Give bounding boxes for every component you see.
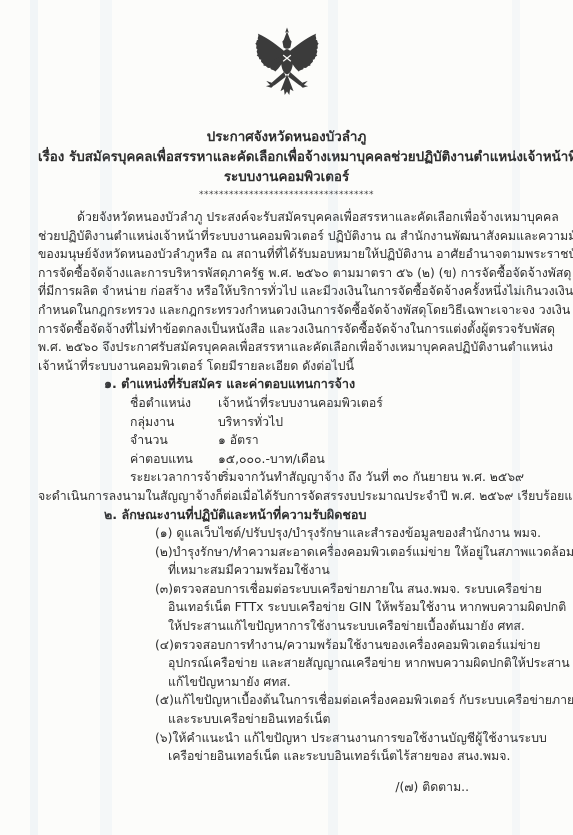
intro-line: พ.ศ. ๒๕๖๐ จึงประกาศรับสมัครบุคคลเพื่อสรร… — [38, 338, 535, 357]
field-row: กลุ่มงานบริหารทั่วไป — [38, 413, 535, 432]
field-label: กลุ่มงาน — [130, 413, 218, 432]
field-value: เริ่มจากวันทำสัญญาจ้าง ถึง วันที่ ๓๐ กัน… — [218, 468, 524, 487]
duty-item: (๕)แก้ไขปัญหาเบื้องต้นในการเชื่อมต่อเครื… — [155, 691, 535, 710]
intro-paragraph: ด้วยจังหวัดหนองบัวลำภู ประสงค์จะรับสมัคร… — [38, 208, 535, 375]
field-row: ระยะเวลาการจ้างเริ่มจากวันทำสัญญาจ้าง ถึ… — [38, 468, 535, 487]
duty-item: (๖)ให้คำแนะนำ แก้ไขปัญหา ประสานงานการขอใ… — [155, 729, 535, 748]
intro-line: ด้วยจังหวัดหนองบัวลำภู ประสงค์จะรับสมัคร… — [38, 208, 535, 227]
field-value: บริหารทั่วไป — [218, 413, 283, 432]
duty-item: (๔)ตรวจสอบการทำงาน/ความพร้อมใช้งานของเคร… — [155, 636, 535, 655]
garuda-emblem — [241, 24, 333, 120]
position-details: ชื่อตำแหน่งเจ้าหน้าที่ระบบงานคอมพิวเตอร์… — [38, 394, 535, 487]
field-label: ค่าตอบแทน — [130, 450, 218, 469]
section2-heading: ๒. ลักษณะงานที่ปฏิบัติและหน้าที่ความรับผ… — [104, 506, 535, 525]
intro-line: กำหนดในกฎกระทรวง และกฎกระทรวงกำหนดวงเงิน… — [38, 301, 535, 320]
duty-item-continuation: ที่เหมาะสมมีความพร้อมใช้งาน — [168, 561, 535, 580]
field-value: เจ้าหน้าที่ระบบงานคอมพิวเตอร์ — [218, 394, 383, 413]
field-value: ๑๕,๐๐๐.-บาท/เดือน — [218, 450, 325, 469]
duty-item-continuation: อินเทอร์เน็ต FTTx ระบบเครือข่าย GIN ให้พ… — [168, 598, 535, 617]
duty-item-continuation: แก้ไขปัญหามายัง ศทส. — [168, 673, 535, 692]
duty-item-continuation: อุปกรณ์เครือข่าย และสายสัญญาณเครือข่าย ห… — [168, 654, 535, 673]
intro-line: การจัดซื้อจัดจ้างที่ไม่ทำข้อตกลงเป็นหนัง… — [38, 320, 535, 339]
scan-artifact — [30, 0, 38, 835]
contract-note: จะดำเนินการลงนามในสัญญาจ้างก็ต่อเมื่อได้… — [38, 487, 535, 506]
asterisk-divider: *********************************** — [38, 189, 535, 202]
field-row: ชื่อตำแหน่งเจ้าหน้าที่ระบบงานคอมพิวเตอร์ — [38, 394, 535, 413]
page-continuation: /(๗) ติดตาม.. — [38, 778, 535, 796]
intro-line: เจ้าหน้าที่ระบบงานคอมพิวเตอร์ โดยมีรายละ… — [38, 357, 535, 376]
field-label: ระยะเวลาการจ้าง — [130, 468, 218, 487]
duty-item: (๒)บำรุงรักษา/ทำความสะอาดเครื่องคอมพิวเต… — [155, 543, 535, 562]
duty-item-continuation: และระบบเครือข่ายอินเทอร์เน็ต — [168, 710, 535, 729]
field-row: จำนวน๑ อัตรา — [38, 431, 535, 450]
section1-heading: ๑. ตำแหน่งที่รับสมัคร และค่าตอบแทนการจ้า… — [104, 375, 535, 394]
subject-line-2: ระบบงานคอมพิวเตอร์ — [38, 168, 535, 188]
intro-line: การจัดซื้อจัดจ้างและการบริหารพัสดุภาครัฐ… — [38, 264, 535, 283]
field-label: จำนวน — [130, 431, 218, 450]
duty-item: (๓)ตรวจสอบการเชื่อมต่อระบบเครือข่ายภายใน… — [155, 580, 535, 599]
duty-item-continuation: เครือข่ายอินเทอร์เน็ต และระบบอินเทอร์เน็… — [168, 747, 535, 766]
intro-line: ของมนุษย์จังหวัดหนองบัวลำภูหรือ ณ สถานที… — [38, 245, 535, 264]
field-value: ๑ อัตรา — [218, 431, 259, 450]
subject-line-1: เรื่อง รับสมัครบุคคลเพื่อสรรหาและคัดเลือ… — [38, 148, 535, 168]
duty-list: (๑) ดูแลเว็บไซต์/ปรับปรุง/บำรุงรักษาและส… — [38, 524, 535, 766]
intro-line: ช่วยปฏิบัติงานตำแหน่งเจ้าหน้าที่ระบบงานค… — [38, 227, 535, 246]
field-label: ชื่อตำแหน่ง — [130, 394, 218, 413]
duty-item-continuation: ให้ประสานแก้ไขปัญหาการใช้งานระบบเครือข่า… — [168, 617, 535, 636]
duty-item: (๑) ดูแลเว็บไซต์/ปรับปรุง/บำรุงรักษาและส… — [155, 524, 535, 543]
document-page: ประกาศจังหวัดหนองบัวลำภู เรื่อง รับสมัคร… — [0, 0, 573, 835]
intro-line: ที่มีการผลิต จำหน่าย ก่อสร้าง หรือให้บริ… — [38, 282, 535, 301]
field-row: ค่าตอบแทน๑๕,๐๐๐.-บาท/เดือน — [38, 450, 535, 469]
page-title: ประกาศจังหวัดหนองบัวลำภู — [38, 128, 535, 148]
